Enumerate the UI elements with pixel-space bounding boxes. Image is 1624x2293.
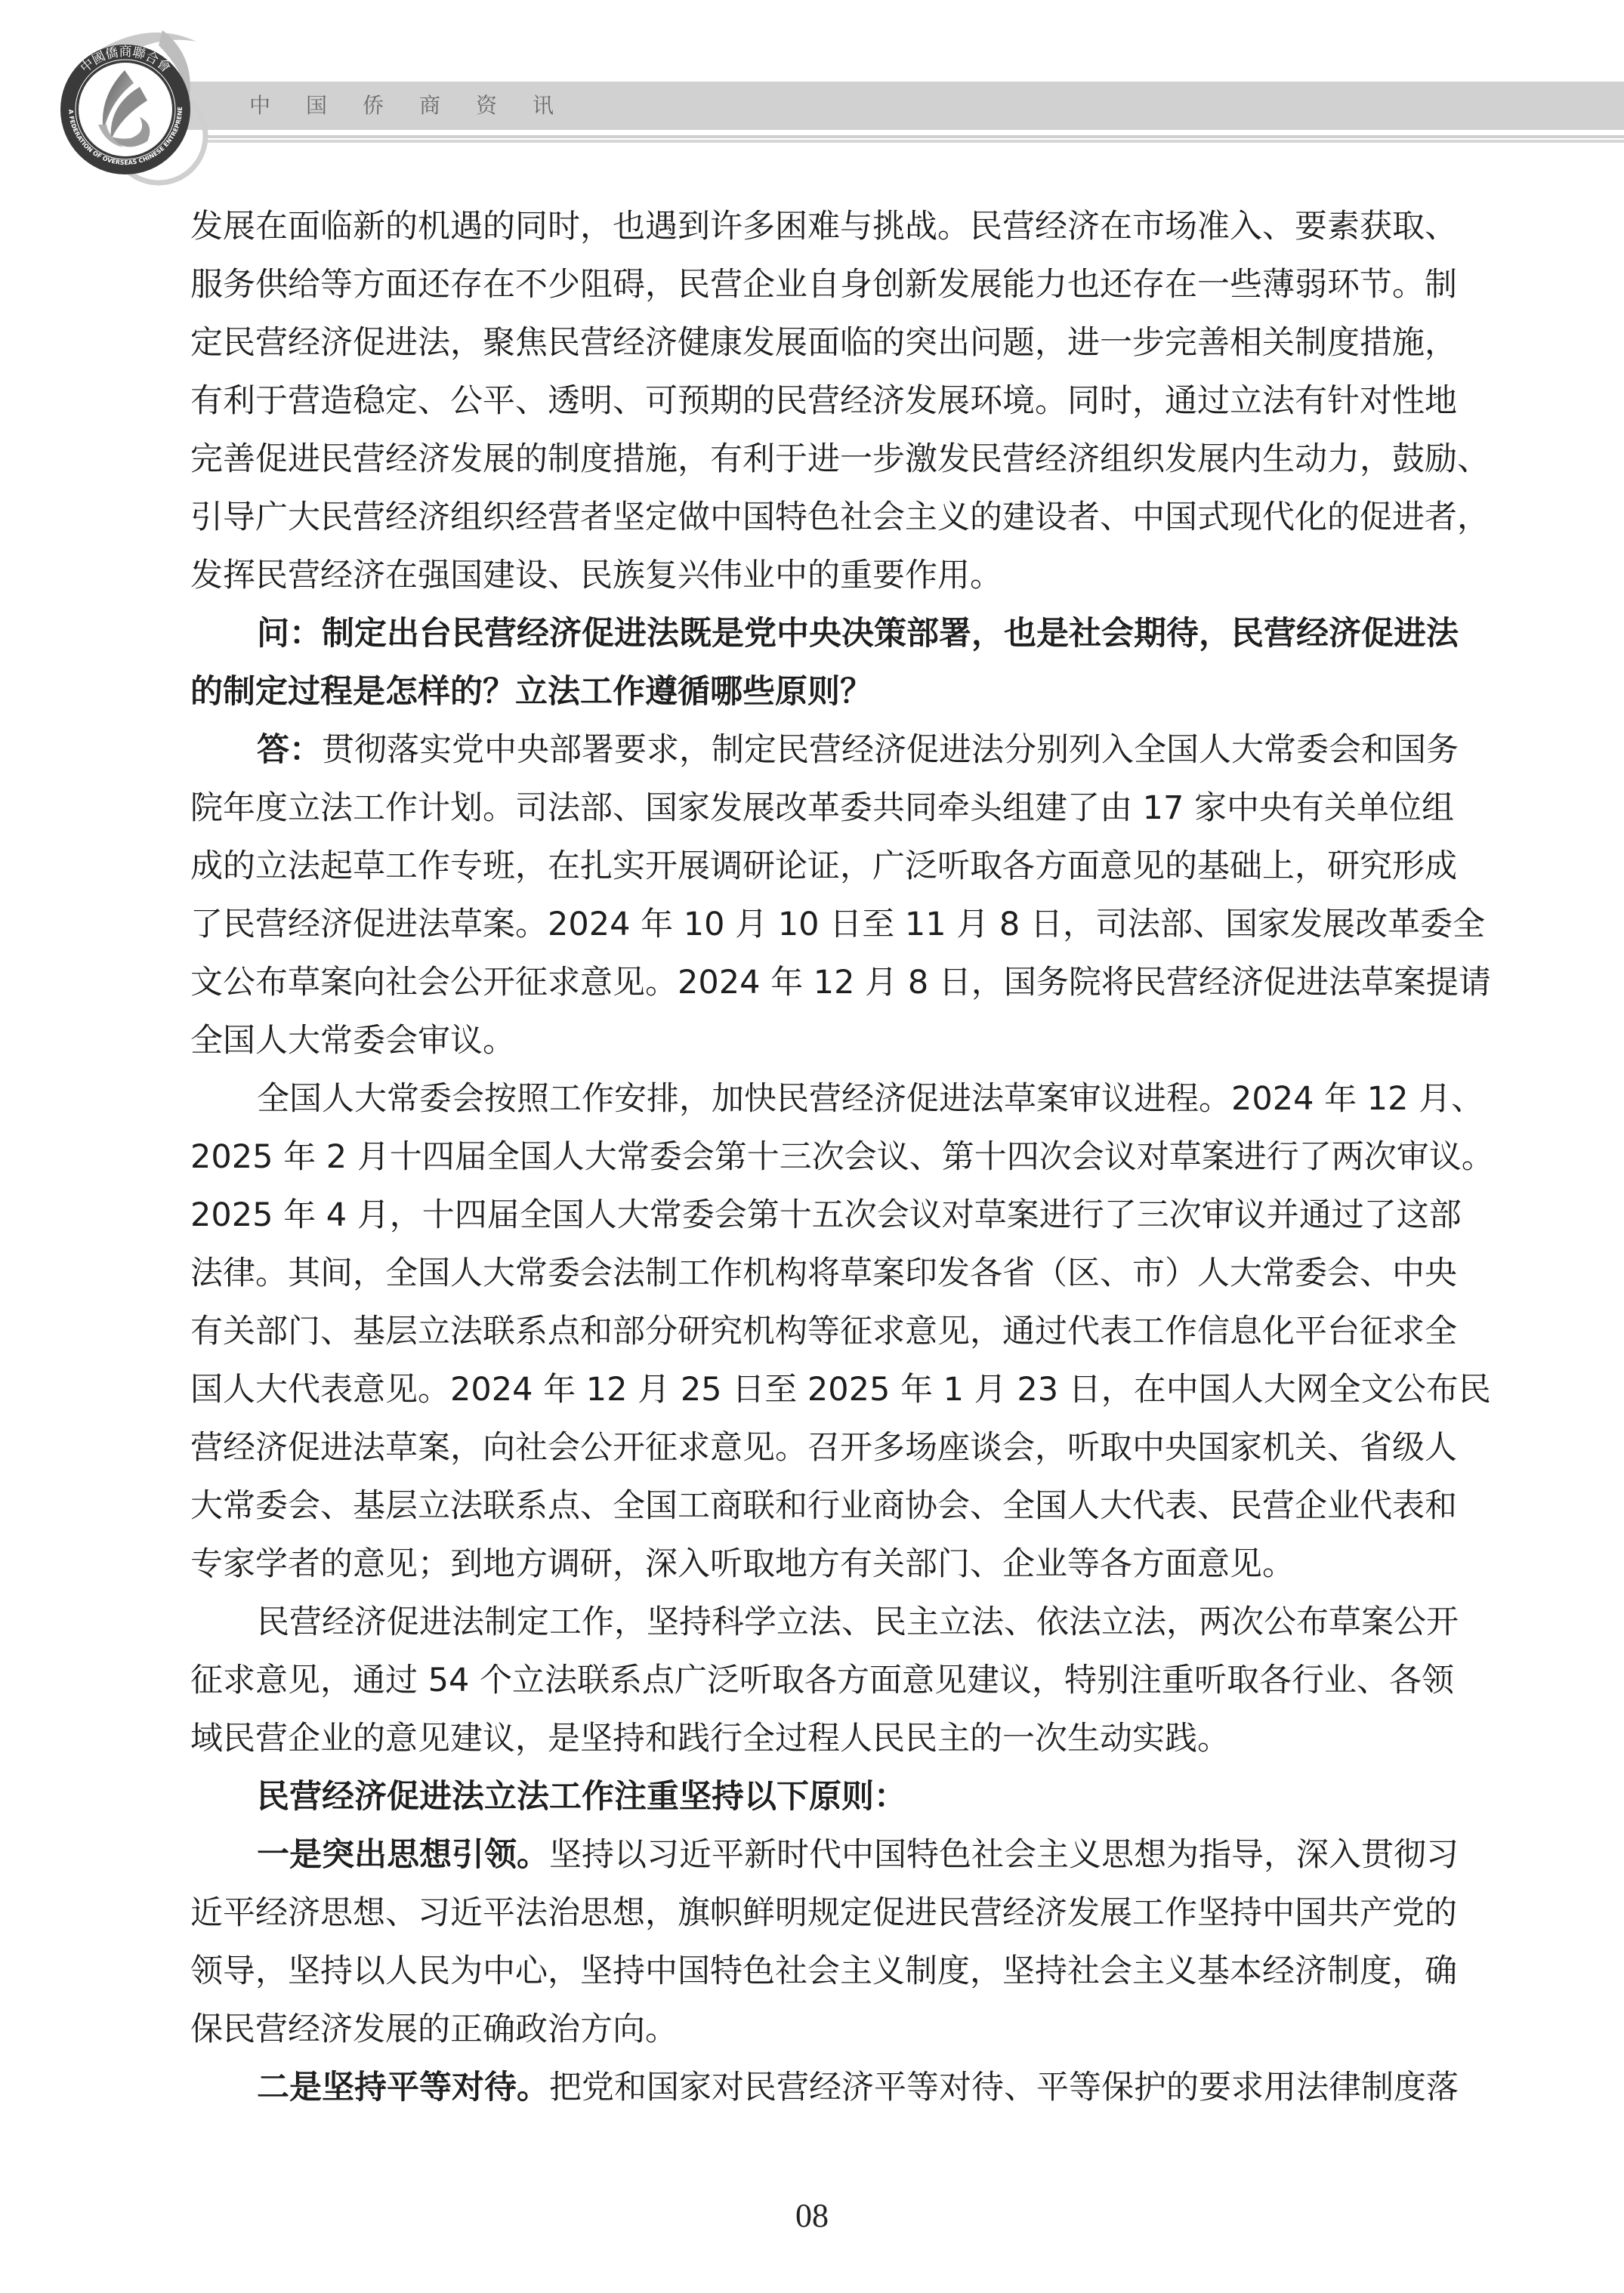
text-line: 2025 年 4 月，十四届全国人大常委会第十五次会议对草案进行了三次审议并通过… — [190, 1187, 1435, 1245]
text-line: 保民营经济发展的正确政治方向。 — [190, 2001, 1435, 2059]
federation-logo-icon: 中國僑商聯合會 CHINA FEDERATION OF OVERSEAS CHI… — [34, 11, 230, 193]
question-paragraph: 问：制定出台民营经济促进法既是党中央决策部署，也是社会期待，民营经济促进法 的制… — [190, 605, 1435, 721]
text-line: 全国人大常委会按照工作安排，加快民营经济促进法草案审议进程。2024 年 12 … — [190, 1070, 1435, 1128]
text-line: 定民营经济促进法，聚焦民营经济健康发展面临的突出问题，进一步完善相关制度措施， — [190, 314, 1435, 372]
text-line: 发挥民营经济在强国建设、民族复兴伟业中的重要作用。 — [190, 547, 1435, 605]
title-char: 侨 — [363, 89, 419, 122]
text-line: 二是坚持平等对待。把党和国家对民营经济平等对待、平等保护的要求用法律制度落 — [190, 2059, 1435, 2117]
text-line: 营经济促进法草案，向社会公开征求意见。召开多场座谈会，听取中央国家机关、省级人 — [190, 1419, 1435, 1477]
text-line: 了民营经济促进法草案。2024 年 10 月 10 日至 11 月 8 日，司法… — [190, 896, 1435, 954]
text-line: 2025 年 2 月十四届全国人大常委会第十三次会议、第十四次会议对草案进行了两… — [190, 1128, 1435, 1187]
text-line: 院年度立法工作计划。司法部、国家发展改革委共同牵头组建了由 17 家中央有关单位… — [190, 779, 1435, 838]
principle-paragraph: 一是突出思想引领。坚持以习近平新时代中国特色社会主义思想为指导，深入贯彻习 近平… — [190, 1826, 1435, 2059]
text-line: 一是突出思想引领。坚持以习近平新时代中国特色社会主义思想为指导，深入贯彻习 — [190, 1826, 1435, 1884]
header-divider — [204, 140, 1624, 143]
question-line: 的制定过程是怎样的？立法工作遵循哪些原则？ — [190, 663, 1435, 721]
text-line: 完善促进民营经济发展的制度措施，有利于进一步激发民营经济组织发展内生动力，鼓励、 — [190, 431, 1435, 489]
text-line: 服务供给等方面还存在不少阻碍，民营企业自身创新发展能力也还存在一些薄弱环节。制 — [190, 256, 1435, 314]
text-line: 大常委会、基层立法联系点、全国工商联和行业商协会、全国人大代表、民营企业代表和 — [190, 1477, 1435, 1535]
paragraph: 发展在面临新的机遇的同时，也遇到许多困难与挑战。民营经济在市场准入、要素获取、 … — [190, 198, 1435, 605]
header-divider — [204, 135, 1624, 138]
text-run: 坚持以习近平新时代中国特色社会主义思想为指导，深入贯彻习 — [549, 1836, 1459, 1874]
paragraph: 民营经济促进法制定工作，坚持科学立法、民主立法、依法立法，两次公布草案公开 征求… — [190, 1594, 1435, 1768]
title-char: 中 — [249, 89, 306, 122]
title-char: 讯 — [533, 89, 589, 122]
text-line: 法律。其间，全国人大常委会法制工作机构将草案印发各省（区、市）人大常委会、中央 — [190, 1245, 1435, 1303]
principle-title: 二是坚持平等对待。 — [257, 2069, 549, 2106]
text-line: 国人大代表意见。2024 年 12 月 25 日至 2025 年 1 月 23 … — [190, 1361, 1435, 1419]
publication-title: 中 国 侨 商 资 讯 — [249, 89, 589, 122]
text-line: 专家学者的意见；到地方调研，深入听取地方有关部门、企业等各方面意见。 — [190, 1535, 1435, 1594]
text-line: 领导，坚持以人民为中心，坚持中国特色社会主义制度，坚持社会主义基本经济制度，确 — [190, 1943, 1435, 2001]
text-line: 成的立法起草工作专班，在扎实开展调研论证，广泛听取各方面意见的基础上，研究形成 — [190, 838, 1435, 896]
text-run: 把党和国家对民营经济平等对待、平等保护的要求用法律制度落 — [549, 2069, 1459, 2106]
title-char: 商 — [419, 89, 476, 122]
question-line: 问：制定出台民营经济促进法既是党中央决策部署，也是社会期待，民营经济促进法 — [190, 605, 1435, 663]
principle-title: 一是突出思想引领。 — [257, 1836, 549, 1874]
article-body: 发展在面临新的机遇的同时，也遇到许多困难与挑战。民营经济在市场准入、要素获取、 … — [190, 198, 1435, 2117]
text-line: 文公布草案向社会公开征求意见。2024 年 12 月 8 日，国务院将民营经济促… — [190, 954, 1435, 1012]
text-line: 征求意见，通过 54 个立法联系点广泛听取各方面意见建议，特别注重听取各行业、各… — [190, 1652, 1435, 1710]
text-line: 近平经济思想、习近平法治思想，旗帜鲜明规定促进民营经济发展工作坚持中国共产党的 — [190, 1884, 1435, 1943]
text-line: 域民营企业的意见建议，是坚持和践行全过程人民民主的一次生动实践。 — [190, 1710, 1435, 1768]
heading-line: 民营经济促进法立法工作注重坚持以下原则： — [190, 1768, 1435, 1826]
title-char: 国 — [306, 89, 363, 122]
principle-paragraph: 二是坚持平等对待。把党和国家对民营经济平等对待、平等保护的要求用法律制度落 — [190, 2059, 1435, 2117]
text-line: 有关部门、基层立法联系点和部分研究机构等征求意见，通过代表工作信息化平台征求全 — [190, 1303, 1435, 1361]
text-line: 发展在面临新的机遇的同时，也遇到许多困难与挑战。民营经济在市场准入、要素获取、 — [190, 198, 1435, 256]
text-line: 引导广大民营经济组织经营者坚定做中国特色社会主义的建设者、中国式现代化的促进者， — [190, 489, 1435, 547]
page-number: 08 — [0, 2196, 1624, 2235]
text-line: 全国人大常委会审议。 — [190, 1012, 1435, 1070]
title-char: 资 — [476, 89, 533, 122]
text-run: 贯彻落实党中央部署要求，制定民营经济促进法分别列入全国人大常委会和国务 — [322, 731, 1459, 769]
answer-label: 答： — [257, 731, 322, 769]
text-line: 答：贯彻落实党中央部署要求，制定民营经济促进法分别列入全国人大常委会和国务 — [190, 721, 1435, 779]
text-line: 民营经济促进法制定工作，坚持科学立法、民主立法、依法立法，两次公布草案公开 — [190, 1594, 1435, 1652]
text-line: 有利于营造稳定、公平、透明、可预期的民营经济发展环境。同时，通过立法有针对性地 — [190, 372, 1435, 431]
principles-heading: 民营经济促进法立法工作注重坚持以下原则： — [190, 1768, 1435, 1826]
answer-paragraph: 答：贯彻落实党中央部署要求，制定民营经济促进法分别列入全国人大常委会和国务 院年… — [190, 721, 1435, 1070]
paragraph: 全国人大常委会按照工作安排，加快民营经济促进法草案审议进程。2024 年 12 … — [190, 1070, 1435, 1594]
